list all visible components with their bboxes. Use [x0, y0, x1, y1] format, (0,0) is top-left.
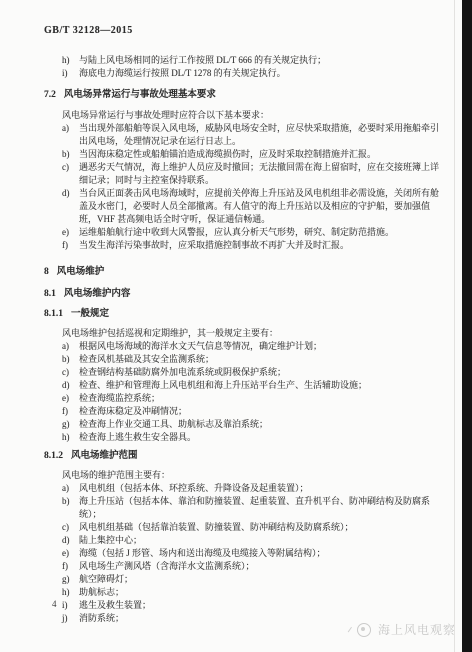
- list-item: a) 当出现外部船舶等误入风电场，威胁风电场安全时，应尽快采取措施，必要时采用拖…: [44, 122, 442, 148]
- list-item-label: f): [62, 560, 79, 573]
- chapter-number: 8: [44, 266, 49, 279]
- section-title: 一般规定: [71, 309, 109, 319]
- list-item-text: 当因海床稳定性或船舶锚泊造成海缆损伤时，应及时采取控制措施并汇报。: [79, 148, 442, 161]
- list-7-2: a) 当出现外部船舶等误入风电场，威胁风电场安全时，应尽快采取措施，必要时采用拖…: [44, 122, 442, 252]
- list-item-label: c): [62, 161, 79, 187]
- list-item-label: h): [62, 54, 79, 67]
- section-heading-8-1-2: 8.1.2风电场维护范围: [44, 450, 442, 463]
- list-item-text: 运维船舶航行途中收到大风警报，应认真分析天气形势，研究、制定防范措施。: [79, 226, 442, 239]
- list-8-1-2: a) 风电机组（包括本体、环控系统、升降设备及起重装置）； b) 海上升压站（包…: [44, 482, 442, 625]
- watermark-text: 海上风电观察: [378, 621, 456, 638]
- list-item-text: 助航标志；: [79, 586, 442, 599]
- list-item: d) 检查、维护和管理海上风电机组和海上升压站平台生产、生活辅助设施；: [44, 379, 442, 392]
- list-item: e) 海缆（包括 J 形管、场内和送出海缆及电缆接入等附属结构）；: [44, 547, 442, 560]
- list-item-label: h): [62, 431, 79, 444]
- list-item-text: 风电机组（包括本体、环控系统、升降设备及起重装置）；: [79, 482, 442, 495]
- list-item: a) 风电机组（包括本体、环控系统、升降设备及起重装置）；: [44, 482, 442, 495]
- list-item-label: h): [62, 586, 79, 599]
- list-item-text: 海上升压站（包括本体、靠泊和防撞装置、起重装置、直升机平台、防冲刷结构及防腐系统…: [79, 495, 442, 521]
- section-number: 8.1: [44, 288, 56, 301]
- page-number: 4: [52, 599, 57, 609]
- list-item-label: f): [62, 239, 79, 252]
- list-item-text: 检查海上逃生救生安全器具。: [79, 431, 442, 444]
- list-item: i) 逃生及救生装置；: [44, 599, 442, 612]
- section-lead-paragraph: 风电场维护包括巡视和定期维护，其一般规定主要有：: [44, 327, 442, 340]
- list-item: d) 当台风正面袭击风电场海域时，应提前关停海上升压站及风电机组非必需设施，关闭…: [44, 187, 442, 226]
- section-heading-8-1-1: 8.1.1一般规定: [44, 308, 442, 321]
- section-title: 风电场维护范围: [71, 451, 138, 461]
- section-title: 风电场异常运行与事故处理基本要求: [64, 90, 216, 100]
- list-item-text: 当发生海洋污染事故时，应采取措施控制事故不再扩大并及时汇报。: [79, 239, 442, 252]
- list-item: a) 根据风电场海域的海洋水文天气信息等情况，确定维护计划；: [44, 340, 442, 353]
- list-item-label: a): [62, 340, 79, 353]
- list-item: f) 检查海床稳定及冲刷情况；: [44, 405, 442, 418]
- list-item-label: i): [62, 599, 79, 612]
- list-item-text: 陆上集控中心；: [79, 534, 442, 547]
- list-item: h) 与陆上风电场相同的运行工作按照 DL/T 666 的有关规定执行；: [44, 54, 442, 67]
- document-page: GB/T 32128—2015 h) 与陆上风电场相同的运行工作按照 DL/T …: [0, 0, 472, 652]
- list-item-label: c): [62, 521, 79, 534]
- list-item-text: 海缆（包括 J 形管、场内和送出海缆及电缆接入等附属结构）；: [79, 547, 442, 560]
- list-item-text: 与陆上风电场相同的运行工作按照 DL/T 666 的有关规定执行；: [79, 54, 442, 67]
- list-item: e) 运维船舶航行途中收到大风警报，应认真分析天气形势，研究、制定防范措施。: [44, 226, 442, 239]
- list-item-label: e): [62, 226, 79, 239]
- list-item: h) 检查海上逃生救生安全器具。: [44, 431, 442, 444]
- section-lead-paragraph: 风电场异常运行与事故处理时应符合以下基本要求：: [44, 109, 442, 122]
- list-item-text: 检查钢结构基础防腐外加电流系统或阴极保护系统；: [79, 366, 442, 379]
- list-item: f) 风电场生产测风塔（含海洋水文监测系统）；: [44, 560, 442, 573]
- chapter-title: 风电场维护: [57, 267, 105, 277]
- list-item: e) 检查海缆监控系统；: [44, 392, 442, 405]
- list-item-text: 检查海缆监控系统；: [79, 392, 442, 405]
- watermark-tick-icon: [348, 627, 353, 633]
- list-8-1-1: a) 根据风电场海域的海洋水文天气信息等情况，确定维护计划； b) 检查风机基础…: [44, 340, 442, 444]
- list-item-text: 海底电力海缆运行按照 DL/T 1278 的有关规定执行。: [79, 67, 442, 80]
- list-item-label: d): [62, 534, 79, 547]
- section-lead-paragraph: 风电场的维护范围主要有：: [44, 469, 442, 482]
- list-item-text: 风电机组基础（包括靠泊装置、防撞装置、防冲刷结构及防腐系统）；: [79, 521, 442, 534]
- section-number: 8.1.2: [44, 450, 63, 463]
- list-item: c) 检查钢结构基础防腐外加电流系统或阴极保护系统；: [44, 366, 442, 379]
- list-item-label: j): [62, 612, 79, 625]
- list-item: b) 当因海床稳定性或船舶锚泊造成海缆损伤时，应及时采取控制措施并汇报。: [44, 148, 442, 161]
- section-heading-8-1: 8.1风电场维护内容: [44, 288, 442, 301]
- watermark: 海上风电观察: [347, 621, 456, 638]
- list-item-label: b): [62, 353, 79, 366]
- list-item: b) 检查风机基础及其安全监测系统；: [44, 353, 442, 366]
- list-item: c) 风电机组基础（包括靠泊装置、防撞装置、防冲刷结构及防腐系统）；: [44, 521, 442, 534]
- list-item-text: 检查风机基础及其安全监测系统；: [79, 353, 442, 366]
- list-item-text: 风电场生产测风塔（含海洋水文监测系统）；: [79, 560, 442, 573]
- list-item-label: g): [62, 573, 79, 586]
- section-title: 风电场维护内容: [64, 289, 131, 299]
- section-heading-7-2: 7.2风电场异常运行与事故处理基本要求: [44, 89, 442, 102]
- list-item: c) 遇恶劣天气情况，海上维护人员应及时撤回；无法撤回需在海上留宿时，应在交接班…: [44, 161, 442, 187]
- list-item-label: b): [62, 495, 79, 521]
- page-content: GB/T 32128—2015 h) 与陆上风电场相同的运行工作按照 DL/T …: [44, 24, 442, 625]
- list-item-label: e): [62, 392, 79, 405]
- list-item: b) 海上升压站（包括本体、靠泊和防撞装置、起重装置、直升机平台、防冲刷结构及防…: [44, 495, 442, 521]
- watermark-logo-icon: [357, 623, 371, 637]
- list-item-text: 遇恶劣天气情况，海上维护人员应及时撤回；无法撤回需在海上留宿时，应在交接班簿上详…: [79, 161, 442, 187]
- list-item: f) 当发生海洋污染事故时，应采取措施控制事故不再扩大并及时汇报。: [44, 239, 442, 252]
- list-item-text: 逃生及救生装置；: [79, 599, 442, 612]
- list-item-text: 检查、维护和管理海上风电机组和海上升压站平台生产、生活辅助设施；: [79, 379, 442, 392]
- list-item-label: f): [62, 405, 79, 418]
- list-item-label: g): [62, 418, 79, 431]
- list-item-label: a): [62, 122, 79, 148]
- list-item: i) 海底电力海缆运行按照 DL/T 1278 的有关规定执行。: [44, 67, 442, 80]
- chapter-heading-8: 8风电场维护: [44, 266, 442, 279]
- page-edge-line: [454, 0, 455, 652]
- list-item: d) 陆上集控中心；: [44, 534, 442, 547]
- scan-edge-bar: [462, 0, 472, 652]
- list-item-text: 当台风正面袭击风电场海域时，应提前关停海上升压站及风电机组非必需设施，关闭所有舱…: [79, 187, 442, 226]
- list-item-label: c): [62, 366, 79, 379]
- standard-number-header: GB/T 32128—2015: [44, 24, 442, 37]
- list-item-text: 检查海床稳定及冲刷情况；: [79, 405, 442, 418]
- list-item: g) 检查海上作业交通工具、助航标志及靠泊系统；: [44, 418, 442, 431]
- list-item: h) 助航标志；: [44, 586, 442, 599]
- list-item-label: a): [62, 482, 79, 495]
- list-item-label: e): [62, 547, 79, 560]
- list-item-label: b): [62, 148, 79, 161]
- list-item-text: 航空障碍灯；: [79, 573, 442, 586]
- list-item-label: d): [62, 379, 79, 392]
- list-item-label: d): [62, 187, 79, 226]
- list-item-text: 当出现外部船舶等误入风电场，威胁风电场安全时，应尽快采取措施，必要时采用拖船牵引…: [79, 122, 442, 148]
- section-number: 8.1.1: [44, 308, 63, 321]
- list-item: g) 航空障碍灯；: [44, 573, 442, 586]
- list-item-text: 根据风电场海域的海洋水文天气信息等情况，确定维护计划；: [79, 340, 442, 353]
- section-number: 7.2: [44, 89, 56, 102]
- list-continued: h) 与陆上风电场相同的运行工作按照 DL/T 666 的有关规定执行； i) …: [44, 54, 442, 80]
- list-item-text: 检查海上作业交通工具、助航标志及靠泊系统；: [79, 418, 442, 431]
- list-item-label: i): [62, 67, 79, 80]
